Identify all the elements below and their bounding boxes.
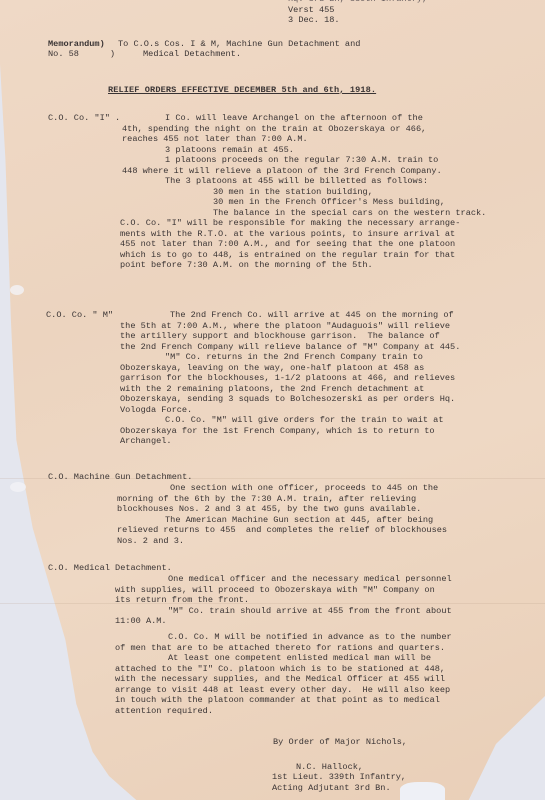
section-line: its return from the front.: [115, 595, 249, 606]
section-line: One medical officer and the necessary me…: [168, 574, 452, 585]
signature-title: Acting Adjutant 3rd Bn.: [272, 783, 391, 794]
section-line: with supplies, will proceed to Obozerska…: [115, 585, 435, 596]
signature-name: N.C. Hallock,: [296, 762, 363, 773]
header-location: Verst 455: [288, 5, 334, 16]
section-line: attention required.: [115, 706, 213, 717]
section-line: morning of the 6th by the 7:30 A.M. trai…: [117, 494, 416, 505]
section-line: point before 7:30 A.M. on the morning of…: [120, 260, 373, 271]
section-line: C.O. Co. "I" will be responsible for mak…: [120, 218, 460, 229]
signature-by-order: By Order of Major Nichols,: [273, 737, 407, 748]
section-line: the 2nd French Company will relieve bala…: [120, 342, 460, 353]
header-top-cut: Hq. 3rd Bn, 339th Infantry,: [288, 0, 427, 5]
signature-rank: 1st Lieut. 339th Infantry,: [272, 772, 406, 783]
section-line: I Co. will leave Archangel on the aftern…: [165, 113, 423, 124]
section-line: 4th, spending the night on the train at …: [122, 124, 426, 135]
section-line: of men that are to be attached thereto f…: [115, 643, 445, 654]
section-line: Obozerskaya, leaving on the way, one-hal…: [120, 363, 424, 374]
section-line: which is to go to 448, is entrained on t…: [120, 250, 455, 261]
section-line: The 3 platoons at 455 will be billetted …: [165, 176, 428, 187]
section-line: 11:00 A.M.: [115, 616, 167, 627]
memo-label-line1: Memorandum): [48, 39, 105, 50]
header-date: 3 Dec. 18.: [288, 15, 340, 26]
section-line: One section with one officer, proceeds t…: [170, 483, 438, 494]
section-line: the artillery support and blockhouse gar…: [120, 331, 440, 342]
section-line: "M" Co. returns in the 2nd French Compan…: [165, 352, 423, 363]
section-line: reaches 455 not later than 7:00 A.M.: [122, 134, 308, 145]
section-line: 1 platoons proceeds on the regular 7:30 …: [165, 155, 438, 166]
section-line: relieved returns to 455 and completes th…: [117, 525, 447, 536]
section-heading: C.O. Co. " M": [46, 310, 113, 321]
section-line: Obozerskaya for the 1st French Company, …: [120, 426, 435, 437]
section-line: "M" Co. train should arrive at 455 from …: [168, 606, 452, 617]
section-line: Obozerskaya, sending 3 squads to Bolches…: [120, 394, 455, 405]
section-line: garrison for the blockhouses, 1-1/2 plat…: [120, 373, 455, 384]
section-heading: C.O. Co. "I" .: [48, 113, 120, 124]
section-line: C.O. Co. M will be notified in advance a…: [168, 632, 452, 643]
memo-label-line2: No. 58 ): [48, 49, 115, 60]
section-line: 30 men in the French Officer's Mess buil…: [213, 197, 445, 208]
section-line: 30 men in the station building,: [213, 187, 373, 198]
section-heading: C.O. Medical Detachment.: [48, 563, 172, 574]
section-line: Vologda Force.: [120, 405, 192, 416]
section-line: the 5th at 7:00 A.M., where the platoon …: [120, 321, 450, 332]
section-line: Nos. 2 and 3.: [117, 536, 184, 547]
section-line: C.O. Co. "M" will give orders for the tr…: [165, 415, 443, 426]
section-line: Archangel.: [120, 436, 172, 447]
section-line: with the 2 remaining platoons, the 2nd F…: [120, 384, 424, 395]
section-line: The American Machine Gun section at 445,…: [165, 515, 433, 526]
section-line: in touch with the platoon commander at t…: [115, 695, 440, 706]
section-heading: C.O. Machine Gun Detachment.: [48, 472, 192, 483]
section-line: The 2nd French Co. will arrive at 445 on…: [170, 310, 454, 321]
section-line: attached to the "I" Co. platoon which is…: [115, 664, 445, 675]
section-line: ments with the R.T.O. at the various poi…: [120, 229, 455, 240]
section-line: The balance in the special cars on the w…: [213, 208, 486, 219]
memo-to-line2: Medical Detachment.: [143, 49, 241, 60]
section-line: 455 not later than 7:00 A.M., and for se…: [120, 239, 455, 250]
section-line: 448 where it will relieve a platoon of t…: [122, 166, 442, 177]
memo-to-line1: To C.O.s Cos. I & M, Machine Gun Detachm…: [118, 39, 360, 50]
document-title: RELIEF ORDERS EFFECTIVE DECEMBER 5th and…: [108, 85, 376, 96]
memorandum-document: Hq. 3rd Bn, 339th Infantry, Verst 455 3 …: [0, 0, 545, 800]
section-line: 3 platoons remain at 455.: [165, 145, 294, 156]
section-line: arrange to visit 448 at least every othe…: [115, 685, 450, 696]
section-line: blockhouses Nos. 2 and 3 at 455, by the …: [117, 504, 421, 515]
section-line: At least one competent enlisted medical …: [168, 653, 431, 664]
section-line: with the necessary supplies, and the Med…: [115, 674, 445, 685]
